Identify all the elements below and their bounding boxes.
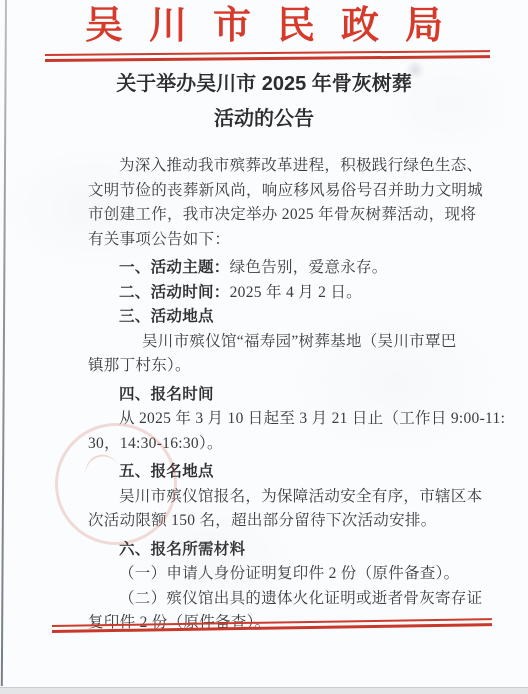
body-line: 吴川市殡仪馆“福寿园”树葬基地（吴川市覃巴 <box>0 330 528 355</box>
header-red-rule <box>45 50 490 62</box>
section-label: 二、活动时间： <box>119 284 230 301</box>
document-body: 为深入推动我市殡葬改革进程，积极践行绿色生态、 文明节俭的丧葬新风尚，响应移风易… <box>0 154 528 636</box>
line-text: 文明节俭的丧葬新风尚，响应移风易俗号召并助力文明城 <box>88 182 483 199</box>
section-label: 五、报名地点 <box>119 463 214 480</box>
document-title-line1: 关于举办吴川市 2025 年骨灰树葬 <box>0 71 528 97</box>
line-text: 镇那丁村东）。 <box>88 357 191 374</box>
line-text: 吴川市殡仪馆“福寿园”树葬基地（吴川市覃巴 <box>142 333 457 350</box>
section-label: 三、活动地点 <box>119 308 214 325</box>
section-label: 四、报名时间 <box>119 386 214 403</box>
body-line: （二）殡仪馆出具的遗体火化证明或逝者骨灰寄存证 <box>0 587 528 612</box>
scan-bottom-edge <box>0 687 528 694</box>
line-text: （二）殡仪馆出具的遗体火化证明或逝者骨灰寄存证 <box>119 590 482 607</box>
body-line: 吴川市殡仪馆报名，为保障活动安全有序，市辖区本 <box>0 485 528 510</box>
body-line: 四、报名时间 <box>0 383 528 408</box>
line-text: 有关事项公告如下： <box>88 231 230 248</box>
scanned-announcement-page: { "document": { "agency": "吴川市民政局", "tit… <box>0 0 528 694</box>
body-line: 为深入推动我市殡葬改革进程，积极践行绿色生态、 <box>0 154 528 179</box>
agency-header: 吴川市民政局 <box>0 5 528 47</box>
line-text: 30，14:30-16:30）。 <box>88 435 223 452</box>
body-line: 二、活动时间：2025 年 4 月 2 日。 <box>0 281 528 306</box>
body-line: 文明节俭的丧葬新风尚，响应移风易俗号召并助力文明城 <box>0 179 528 204</box>
body-line: 镇那丁村东）。 <box>0 354 528 379</box>
line-text: 2025 年 4 月 2 日。 <box>230 284 362 301</box>
body-line: 市创建工作，我市决定举办 2025 年骨灰树葬活动，现将 <box>0 203 528 228</box>
body-line: 从 2025 年 3 月 10 日起至 3 月 21 日止（工作日 9:00-1… <box>0 407 528 432</box>
body-line: （一）申请人身份证明复印件 2 份（原件备查）。 <box>0 562 528 587</box>
line-text: 吴川市殡仪馆报名，为保障活动安全有序，市辖区本 <box>119 488 482 505</box>
section-label: 一、活动主题： <box>119 259 230 276</box>
line-text: 为深入推动我市殡葬改革进程，积极践行绿色生态、 <box>119 157 482 174</box>
section-label: 六、报名所需材料 <box>119 541 245 558</box>
line-text: 从 2025 年 3 月 10 日起至 3 月 21 日止（工作日 9:00-1… <box>119 410 505 427</box>
line-text: 绿色告别，爱意永存。 <box>230 259 388 276</box>
body-line: 30，14:30-16:30）。 <box>0 432 528 457</box>
body-line: 次活动限额 150 名，超出部分留待下次活动安排。 <box>0 509 528 534</box>
line-text: （一）申请人身份证明复印件 2 份（原件备查）。 <box>119 565 459 582</box>
document-title-line2: 活动的公告 <box>0 106 528 132</box>
body-line: 三、活动地点 <box>0 305 528 330</box>
body-line: 五、报名地点 <box>0 460 528 485</box>
body-line: 六、报名所需材料 <box>0 538 528 563</box>
line-text: 次活动限额 150 名，超出部分留待下次活动安排。 <box>88 512 437 529</box>
body-line: 一、活动主题：绿色告别，爱意永存。 <box>0 256 528 281</box>
line-text: 市创建工作，我市决定举办 2025 年骨灰树葬活动，现将 <box>88 206 476 223</box>
body-line: 有关事项公告如下： <box>0 228 528 253</box>
